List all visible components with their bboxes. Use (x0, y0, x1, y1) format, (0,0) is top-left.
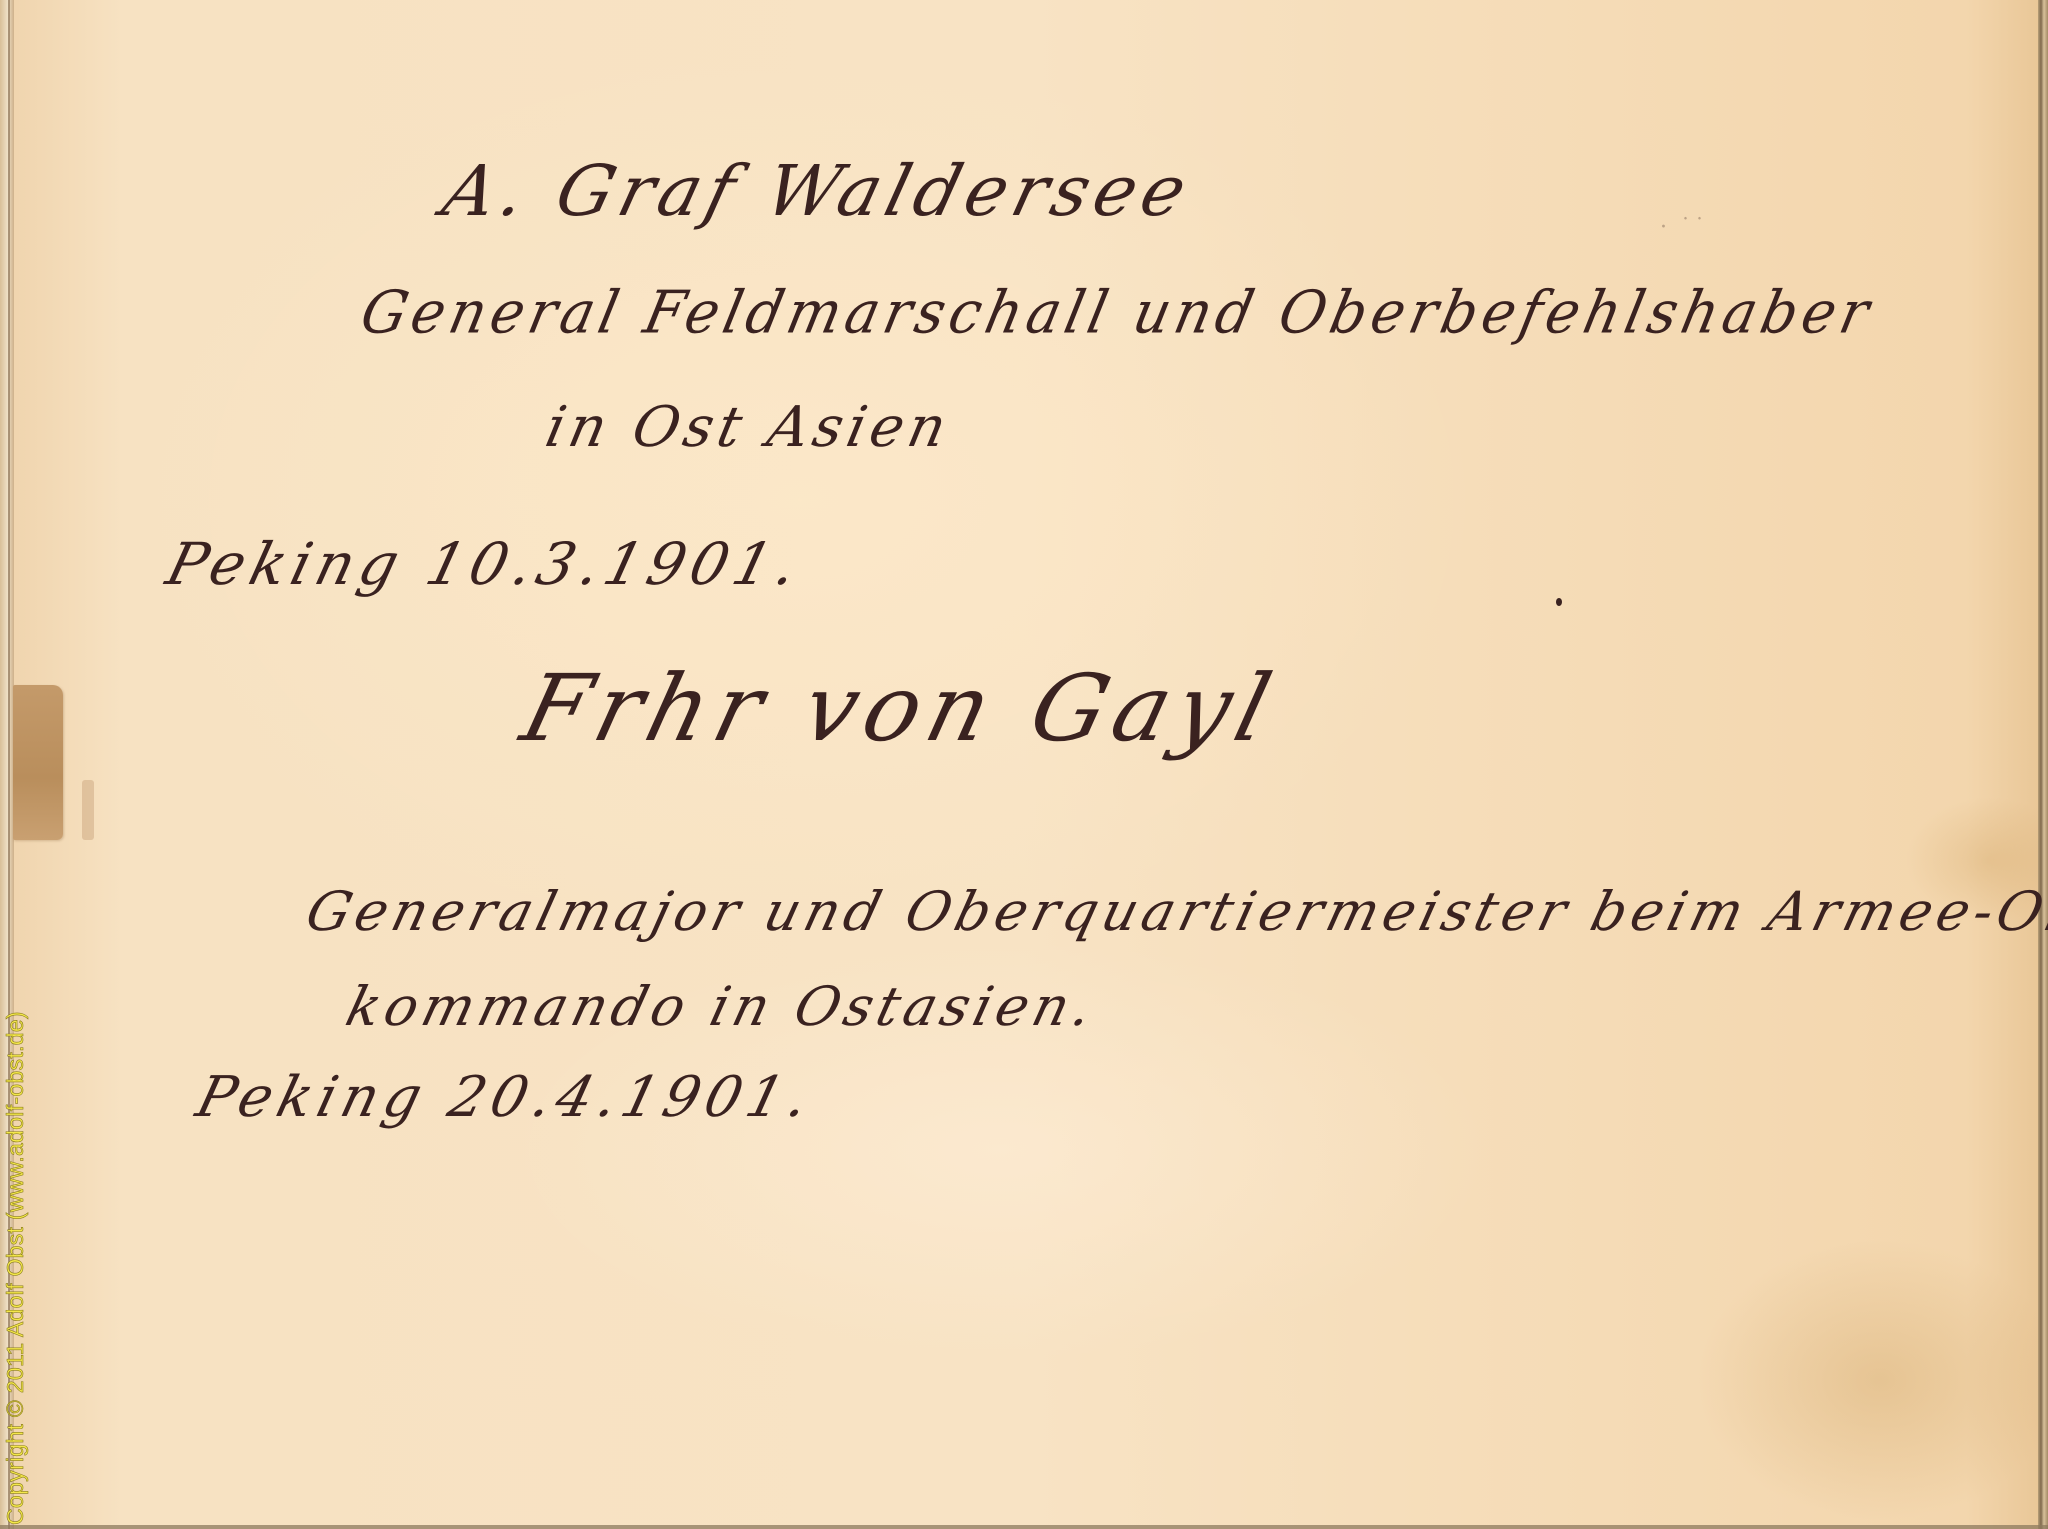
title-gayl-line-1: Generalmajor und Oberquartiermeister bei… (300, 880, 2048, 943)
signature-gayl: Frhr von Gayl (512, 655, 1289, 762)
page-bottom-edge (0, 1525, 2048, 1529)
album-page: A. Graf Waldersee General Feldmarschall … (0, 0, 2048, 1529)
place-date-1: Peking 10.3.1901. (160, 530, 810, 598)
title-gayl-line-2: kommando in Ostasien. (340, 975, 1104, 1038)
copyright-watermark: Copyright © 2011 Adolf Obst (www.adolf-o… (2, 625, 29, 1525)
signature-waldersee: A. Graf Waldersee (435, 150, 1200, 232)
page-right-edge (2038, 0, 2048, 1529)
paper-stain (82, 780, 94, 840)
ink-dot (1556, 598, 1562, 606)
faint-pencil-marks: · ˙˙ (1660, 215, 1708, 240)
title-waldersee-line-2: in Ost Asien (540, 395, 957, 460)
title-waldersee-line-1: General Feldmarschall und Oberbefehlshab… (355, 279, 1880, 347)
place-date-2: Peking 20.4.1901. (190, 1065, 821, 1130)
